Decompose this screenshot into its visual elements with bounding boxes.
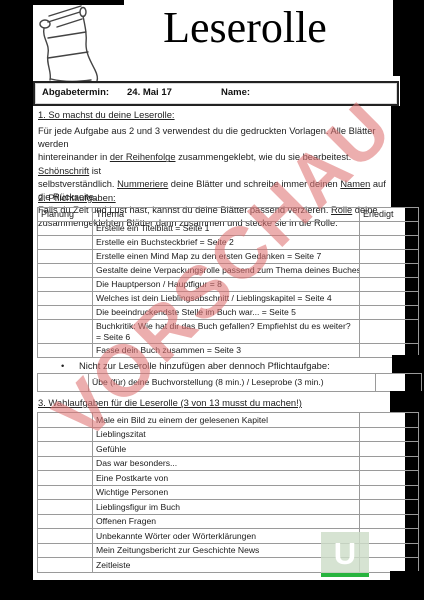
due-label: Abgabetermin:: [42, 87, 109, 98]
thema-cell: Male ein Bild zu einem der gelesenen Kap…: [93, 413, 360, 428]
planung-cell: [38, 413, 93, 428]
erledigt-cell: [360, 456, 419, 471]
planung-cell: [38, 344, 93, 358]
table-row: Erstelle ein Titelblatt = Seite 1: [38, 222, 419, 236]
scan-notch: [392, 355, 424, 373]
planung-cell: [38, 306, 93, 320]
planung-cell: [38, 442, 93, 457]
planung-cell: [38, 500, 93, 515]
thema-cell: Das war besonders...: [93, 456, 360, 471]
thema-cell: Zeitleiste: [93, 558, 360, 573]
table-header-row: Planung Thema Erledigt: [38, 208, 419, 222]
header-cell-planung: Planung: [38, 208, 93, 222]
erledigt-cell: [360, 222, 419, 236]
logo-letter: U: [321, 533, 369, 575]
erledigt-cell: [360, 306, 419, 320]
logo-green-bar: [321, 573, 369, 577]
planung-cell: [38, 485, 93, 500]
erledigt-cell: [360, 292, 419, 306]
table-row: Gefühle: [38, 442, 419, 457]
section1-heading: 1. So machst du deine Leserolle:: [38, 109, 175, 120]
erledigt-cell: [360, 413, 419, 428]
planung-cell: [38, 529, 93, 544]
table-row: Die Hauptperson / Hauptfigur = 8: [38, 278, 419, 292]
thema-cell: Eine Postkarte von: [93, 471, 360, 486]
planung-cell: [38, 558, 93, 573]
uebe-row-table: Übe (für) deine Buchvorstellung (8 min.)…: [37, 373, 422, 392]
planung-cell: [38, 292, 93, 306]
erledigt-cell: [360, 250, 419, 264]
pflicht-note: •Nicht zur Leserolle hinzufügen aber den…: [61, 360, 330, 371]
erledigt-cell: [360, 264, 419, 278]
header-cell-thema: Thema: [93, 208, 360, 222]
planung-cell: [38, 264, 93, 278]
erledigt-cell: [360, 236, 419, 250]
due-date: 24. Mai 17: [127, 87, 172, 98]
thema-cell: Wichtige Personen: [93, 485, 360, 500]
scroll-icon: [35, 2, 117, 82]
planung-cell: [38, 427, 93, 442]
table-row: Eine Postkarte von: [38, 471, 419, 486]
scan-notch: [393, 0, 424, 76]
erledigt-cell: [376, 374, 422, 392]
thema-cell: Unbekannte Wörter oder Wörterklärungen: [93, 529, 360, 544]
table-row: Lieblingszitat: [38, 427, 419, 442]
erledigt-cell: [360, 514, 419, 529]
erledigt-cell: [360, 485, 419, 500]
planung-cell: [38, 236, 93, 250]
thema-cell: Erstelle ein Titelblatt = Seite 1: [93, 222, 360, 236]
erledigt-cell: [360, 278, 419, 292]
planung-cell: [38, 543, 93, 558]
erledigt-cell: [360, 471, 419, 486]
table-row: Die beeindruckendste Stelle im Buch war.…: [38, 306, 419, 320]
planung-cell: [38, 250, 93, 264]
worksheet-page: Leserolle Abgabetermin: 24. Mai 17 Name:…: [33, 0, 405, 580]
table-row: Gestalte deine Verpackungsrolle passend …: [38, 264, 419, 278]
erledigt-cell: [360, 427, 419, 442]
section3-heading: 3. Wahlaufgaben für die Leserolle (3 von…: [38, 397, 302, 408]
scan-notch: [390, 391, 424, 412]
erledigt-cell: [360, 500, 419, 515]
table-row: Buchkritik: Wie hat dir das Buch gefalle…: [38, 320, 419, 344]
due-date-box: Abgabetermin: 24. Mai 17 Name:: [33, 81, 399, 106]
table-row: Erstelle einen Mind Map zu den ersten Ge…: [38, 250, 419, 264]
thema-cell: Erstelle ein Buchsteckbrief = Seite 2: [93, 236, 360, 250]
table-row: Welches ist dein Lieblingsabschnitt / Li…: [38, 292, 419, 306]
scan-background: Leserolle Abgabetermin: 24. Mai 17 Name:…: [0, 0, 424, 600]
thema-cell: Gefühle: [93, 442, 360, 457]
planung-cell: [38, 222, 93, 236]
pflicht-note-text: Nicht zur Leserolle hinzufügen aber denn…: [79, 360, 330, 371]
scan-notch: [390, 571, 424, 580]
bullet-icon: •: [61, 360, 79, 371]
planung-cell: [38, 456, 93, 471]
erledigt-cell: [360, 320, 419, 344]
thema-cell: Erstelle einen Mind Map zu den ersten Ge…: [93, 250, 360, 264]
thema-cell: Die Hauptperson / Hauptfigur = 8: [93, 278, 360, 292]
name-label: Name:: [221, 87, 250, 98]
table-row: Wichtige Personen: [38, 485, 419, 500]
table-row: Erstelle ein Buchsteckbrief = Seite 2: [38, 236, 419, 250]
scan-notch: [400, 76, 424, 106]
table-row: Fasse dein Buch zusammen = Seite 3: [38, 344, 419, 358]
planung-cell: [38, 471, 93, 486]
section2-heading: 2. Pflichtaufgaben:: [38, 192, 116, 203]
scan-notch: [0, 0, 124, 5]
thema-cell: Fasse dein Buch zusammen = Seite 3: [93, 344, 360, 358]
thema-cell: Mein Zeitungsbericht zur Geschichte News: [93, 543, 360, 558]
scan-notch: [391, 106, 424, 207]
table-row: Lieblingsfigur im Buch: [38, 500, 419, 515]
thema-cell: Übe (für) deine Buchvorstellung (8 min.)…: [89, 374, 376, 392]
planung-cell: [38, 320, 93, 344]
thema-cell: Gestalte deine Verpackungsrolle passend …: [93, 264, 360, 278]
table-row: Offenen Fragen: [38, 514, 419, 529]
page-title: Leserolle: [145, 2, 345, 53]
header-cell-erledigt: Erledigt: [360, 208, 419, 222]
table-row: Das war besonders...: [38, 456, 419, 471]
planung-cell: [38, 374, 89, 392]
planung-cell: [38, 278, 93, 292]
thema-cell: Buchkritik: Wie hat dir das Buch gefalle…: [93, 320, 360, 344]
table-row: Male ein Bild zu einem der gelesenen Kap…: [38, 413, 419, 428]
planung-cell: [38, 514, 93, 529]
preview-logo: U: [321, 532, 369, 577]
pflicht-table: Planung Thema Erledigt Erstelle ein Tite…: [37, 207, 419, 358]
table-row: Übe (für) deine Buchvorstellung (8 min.)…: [38, 374, 422, 392]
thema-cell: Lieblingsfigur im Buch: [93, 500, 360, 515]
erledigt-cell: [360, 442, 419, 457]
thema-cell: Lieblingszitat: [93, 427, 360, 442]
thema-cell: Die beeindruckendste Stelle im Buch war.…: [93, 306, 360, 320]
thema-cell: Offenen Fragen: [93, 514, 360, 529]
thema-cell: Welches ist dein Lieblingsabschnitt / Li…: [93, 292, 360, 306]
